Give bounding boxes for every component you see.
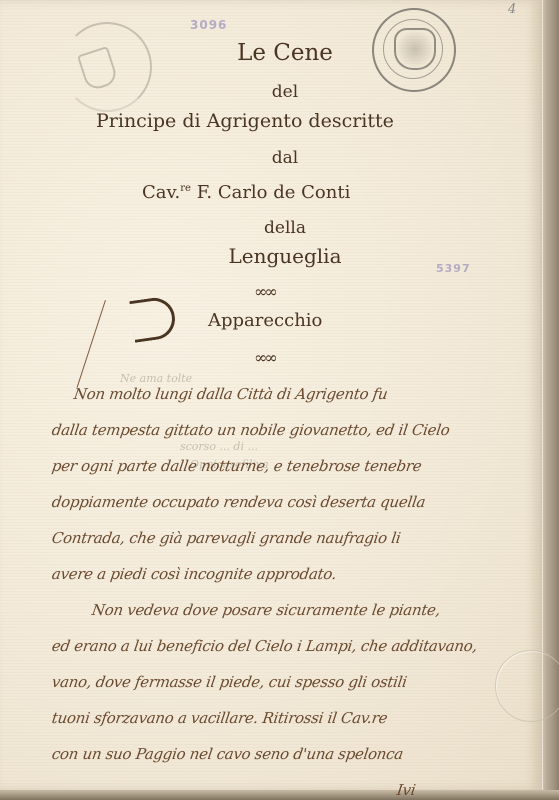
title-principe: Principe di Agrigento descritte bbox=[96, 110, 394, 132]
text-line: per ogni parte dalle notturne, e tenebro… bbox=[49, 448, 514, 484]
text-line: avere a piedi così incognite approdato. bbox=[49, 556, 514, 592]
title-della: della bbox=[0, 218, 540, 238]
catchword: Ivi bbox=[49, 772, 514, 800]
flourish-divider-icon: ∞∞ bbox=[254, 348, 275, 367]
author-superscript: re bbox=[180, 183, 191, 194]
flourish-divider-icon: ∞∞ bbox=[254, 282, 275, 301]
text-line: Contrada, che già parevagli grande naufr… bbox=[49, 520, 514, 556]
title-del: del bbox=[0, 82, 540, 102]
text-line: doppiamente occupato rendeva così desert… bbox=[49, 484, 514, 520]
folio-number: 4 bbox=[508, 2, 516, 17]
title-author: Cav.re F. Carlo de Conti bbox=[142, 182, 350, 203]
title-le-cene: Le Cene bbox=[0, 40, 540, 66]
section-heading: Apparecchio bbox=[208, 310, 322, 331]
author-prefix: Cav. bbox=[142, 182, 180, 203]
manuscript-body: Non molto lungi dalla Città di Agrigento… bbox=[52, 376, 512, 800]
text-line: dalla tempesta gittato un nobile giovane… bbox=[49, 412, 514, 448]
text-line: ed erano a lui beneficio del Cielo i Lam… bbox=[49, 628, 514, 664]
inventory-stamp-top: 3096 bbox=[190, 18, 227, 32]
text-line: tuoni sforzavano a vacillare. Ritirossi … bbox=[49, 700, 514, 736]
text-line: Non molto lungi dalla Città di Agrigento… bbox=[49, 376, 514, 412]
text-line: Non vedeva dove posare sicuramente le pi… bbox=[49, 592, 514, 628]
text-line: vano, dove fermasse il piede, cui spesso… bbox=[49, 664, 514, 700]
author-name: F. Carlo de Conti bbox=[191, 182, 350, 203]
text-line: con un suo Paggio nel cavo seno d'una sp… bbox=[49, 736, 514, 772]
title-lengueglia: Lengueglia bbox=[0, 244, 540, 268]
title-dal: dal bbox=[0, 148, 540, 168]
